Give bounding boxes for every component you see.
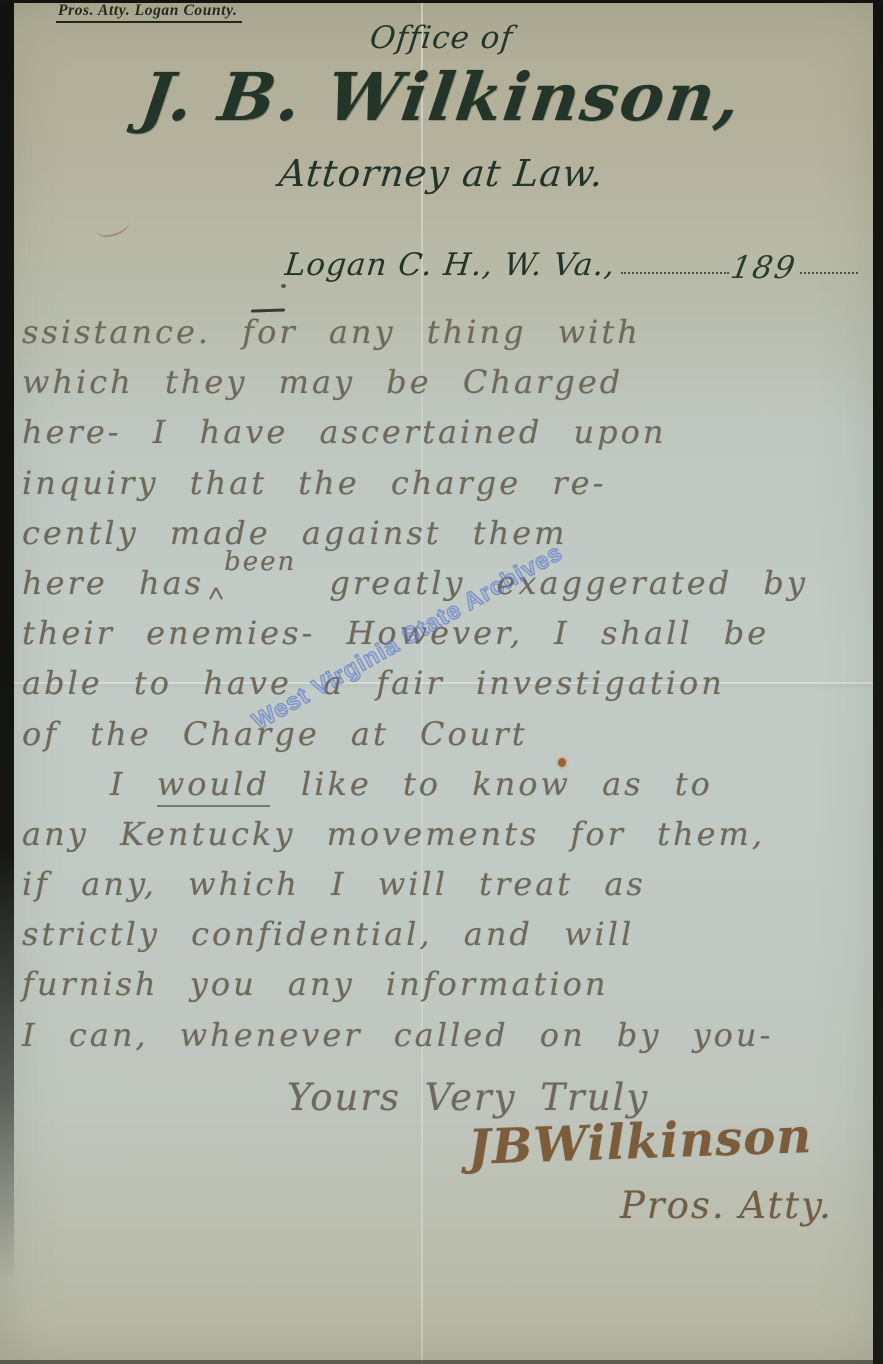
body-line: if any, which I will treat as — [22, 865, 855, 915]
body-line: here- I have ascertained upon — [22, 413, 855, 463]
body-line: cently made against them — [22, 514, 855, 564]
dateline-place: Logan C. H., W. Va., — [283, 248, 617, 282]
stray-pen-squiggle — [94, 213, 131, 240]
letter-body: ssistance. for any thing with which they… — [22, 303, 855, 1066]
signature: JBWilkinson — [467, 1108, 813, 1176]
body-line: able to have a fair investigation — [22, 664, 855, 714]
letterhead-office-of: Office of — [0, 20, 883, 56]
body-line: which they may be Charged — [22, 363, 855, 413]
scan-edge-left — [0, 0, 14, 1364]
ink-speck — [281, 284, 286, 288]
insertion-caret-mark — [210, 588, 222, 600]
inserted-word: been — [224, 547, 296, 577]
body-line-indented: I would like to know as to — [22, 765, 855, 815]
letterhead-name: J. B. Wilkinson, — [0, 58, 883, 136]
dateline-dotted-leader — [621, 271, 729, 274]
body-line: strictly confidential, and will — [22, 915, 855, 965]
dateline-dotted-tail — [800, 271, 858, 274]
letter-scan: Pros. Atty. Logan County. Office of J. B… — [0, 0, 883, 1364]
body-line-post: greatly exaggerated by — [329, 564, 808, 602]
body-line: any Kentucky movements for them, — [22, 815, 855, 865]
body-line-pre: here has — [22, 564, 204, 602]
dateline: Logan C. H., W. Va., 189 — [285, 234, 858, 282]
body-line-post: like to know as to — [301, 765, 713, 803]
scan-edge-top — [0, 0, 883, 3]
body-line-pre: I — [110, 765, 126, 803]
body-line: ssistance. for any thing with — [22, 313, 855, 363]
scan-edge-bottom — [0, 1360, 883, 1364]
body-line: of the Charge at Court — [22, 715, 855, 765]
scan-edge-right — [873, 0, 883, 1364]
dateline-year: 189 — [728, 253, 799, 284]
underlined-word: would — [157, 765, 270, 807]
body-line: I can, whenever called on by you- — [22, 1016, 855, 1066]
valediction: Yours Very Truly — [287, 1076, 649, 1119]
body-line: inquiry that the charge re- — [22, 464, 855, 514]
signer-title: Pros. Atty. — [620, 1184, 833, 1227]
letterhead-title: Attorney at Law. — [0, 152, 883, 195]
body-line: furnish you any information — [22, 965, 855, 1015]
